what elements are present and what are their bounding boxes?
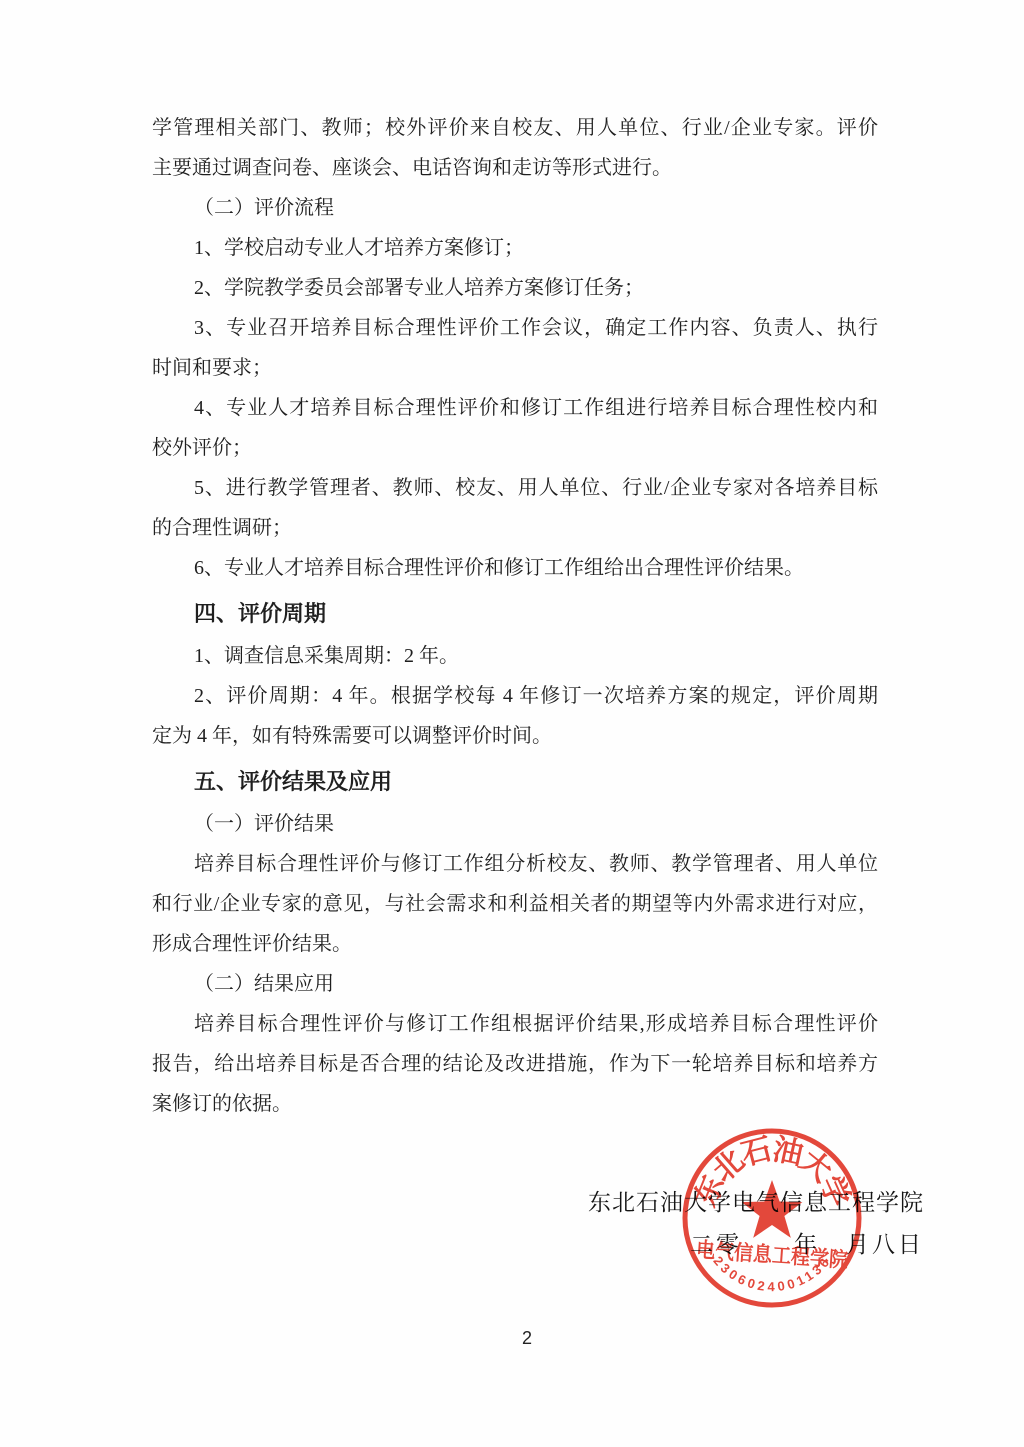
list-item: 1、学校启动专业人才培养方案修订； [152, 228, 878, 268]
list-item: 2、学院教学委员会部署专业人培养方案修订任务； [152, 268, 878, 308]
document-page: 学管理相关部门、教师；校外评价来自校友、用人单位、行业/企业专家。评价 主要通过… [0, 0, 1024, 1447]
body-line: 培养目标合理性评价与修订工作组根据评价结果,形成培养目标合理性评价 [152, 1004, 878, 1044]
official-seal: 东北石油大学 电气信息工程学院 2306024001136 [680, 1126, 864, 1310]
body-line: 学管理相关部门、教师；校外评价来自校友、用人单位、行业/企业专家。评价 [152, 108, 878, 148]
body-line: 校外评价； [152, 428, 878, 468]
body-line: 案修订的依据。 [152, 1084, 878, 1124]
document-body: 学管理相关部门、教师；校外评价来自校友、用人单位、行业/企业专家。评价 主要通过… [152, 108, 878, 1124]
section-heading-4: 四、评价周期 [152, 594, 878, 634]
body-line: 和行业/企业专家的意见，与社会需求和利益相关者的期望等内外需求进行对应， [152, 884, 878, 924]
body-line: 报告，给出培养目标是否合理的结论及改进措施，作为下一轮培养目标和培养方 [152, 1044, 878, 1084]
seal-graphic: 东北石油大学 电气信息工程学院 2306024001136 [680, 1126, 864, 1310]
page-number: 2 [0, 1328, 1024, 1349]
list-item: 2、评价周期：4 年。根据学校每 4 年修订一次培养方案的规定，评价周期 [152, 676, 878, 716]
list-item: 6、专业人才培养目标合理性评价和修订工作组给出合理性评价结果。 [152, 548, 878, 588]
body-line: 形成合理性评价结果。 [152, 924, 878, 964]
body-line: 时间和要求； [152, 348, 878, 388]
body-line: 定为 4 年，如有特殊需要可以调整评价时间。 [152, 716, 878, 756]
list-item: 5、进行教学管理者、教师、校友、用人单位、行业/企业专家对各培养目标 [152, 468, 878, 508]
list-item: 4、专业人才培养目标合理性评价和修订工作组进行培养目标合理性校内和 [152, 388, 878, 428]
subsection-heading: （二）结果应用 [152, 964, 878, 1004]
body-line: 的合理性调研； [152, 508, 878, 548]
list-item: 3、专业召开培养目标合理性评价工作会议，确定工作内容、负责人、执行 [152, 308, 878, 348]
star-icon [742, 1180, 803, 1238]
body-line: 培养目标合理性评价与修订工作组分析校友、教师、教学管理者、用人单位 [152, 844, 878, 884]
subsection-heading: （二）评价流程 [152, 188, 878, 228]
list-item: 1、调查信息采集周期：2 年。 [152, 636, 878, 676]
subsection-heading: （一）评价结果 [152, 804, 878, 844]
body-line: 主要通过调查问卷、座谈会、电话咨询和走访等形式进行。 [152, 148, 878, 188]
section-heading-5: 五、评价结果及应用 [152, 762, 878, 802]
